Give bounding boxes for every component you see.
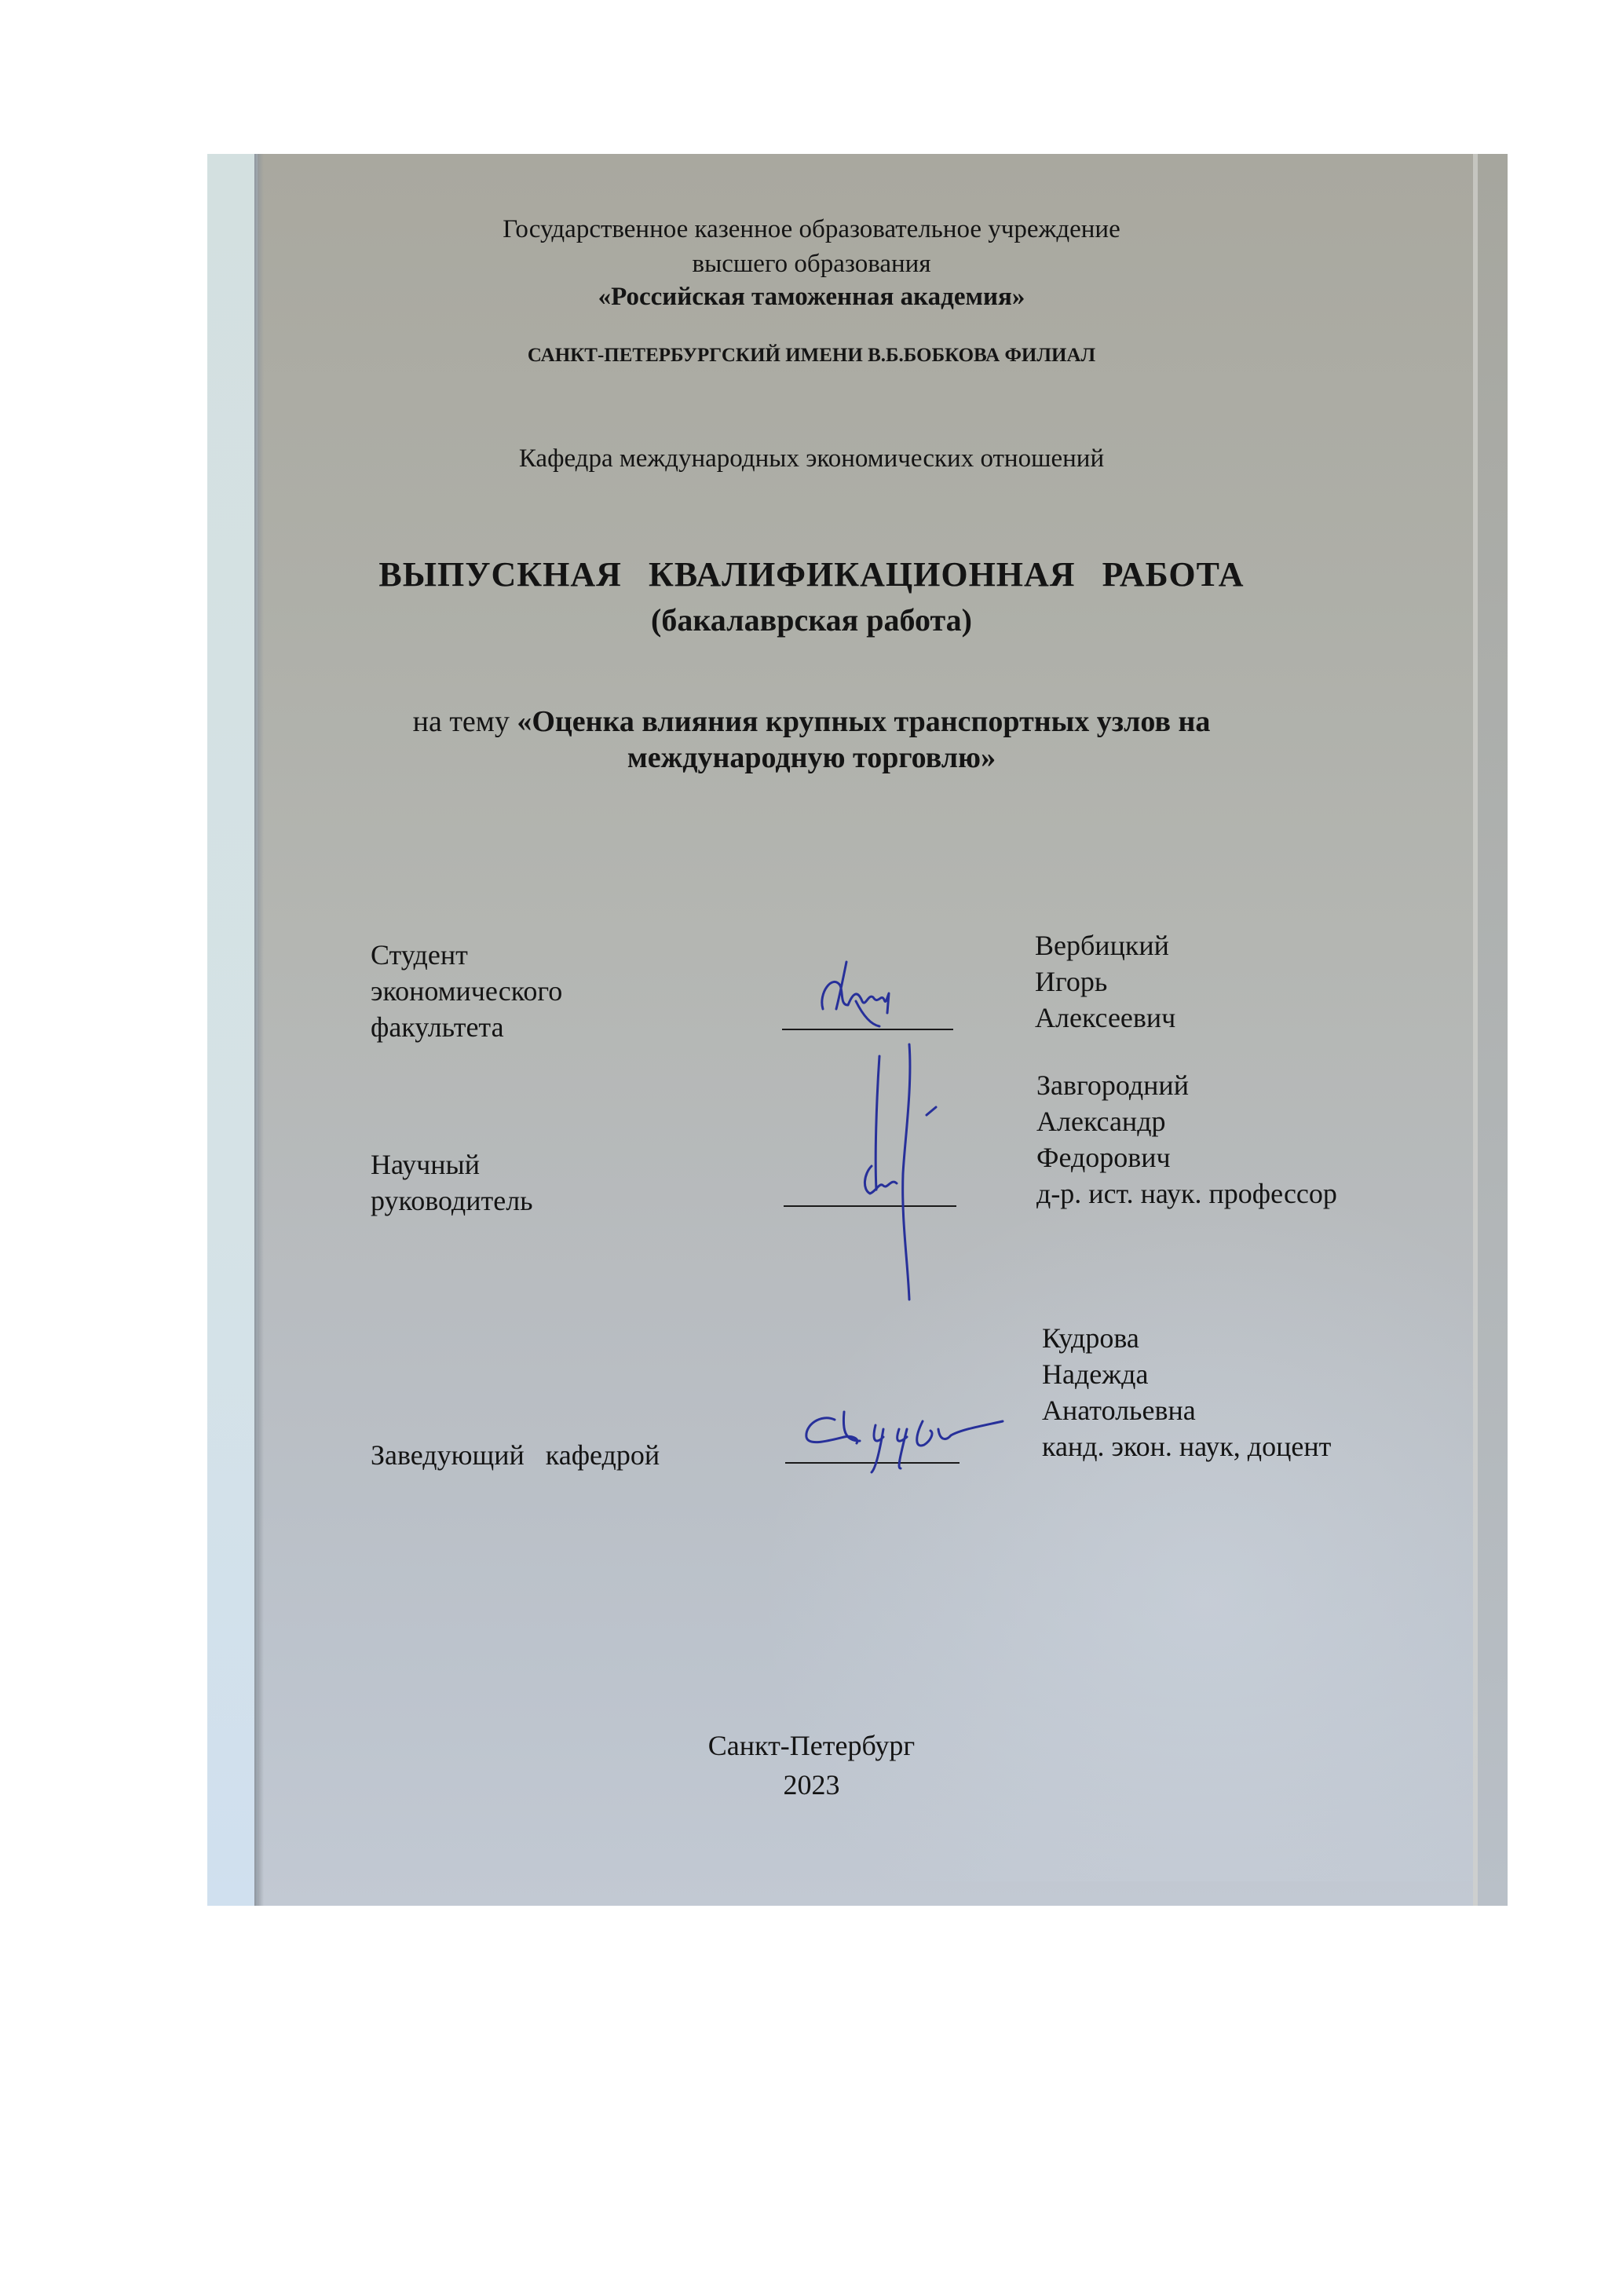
supervisor-patronymic: Федорович [1036,1143,1171,1172]
supervisor-signature [848,1040,942,1300]
student-patronymic: Алексеевич [1035,1004,1175,1032]
head-signature [797,1406,1009,1484]
background-edge [207,154,258,1906]
branch-name: САНКТ-ПЕТЕРБУРГСКИЙ ИМЕНИ В.Б.БОБКОВА ФИ… [0,345,1623,365]
year: 2023 [0,1771,1623,1799]
supervisor-degree: д-р. ист. наук. профессор [1036,1179,1337,1208]
document-subtitle: (бакалаврская работа) [0,605,1623,636]
page-edge-shadow [254,154,264,1906]
topic-line-2: международную торговлю» [0,743,1623,773]
city: Санкт-Петербург [0,1731,1623,1760]
student-surname: Вербицкий [1035,931,1169,960]
supervisor-role-line-1: Научный [371,1150,480,1179]
head-degree: канд. экон. наук, доцент [1042,1432,1331,1461]
student-signature [817,962,934,1033]
head-first-name: Надежда [1042,1360,1148,1388]
supervisor-first-name: Александр [1036,1107,1166,1135]
topic-title-part-1: «Оценка влияния крупных транспортных узл… [517,705,1210,738]
institution-line-2: высшего образования [0,251,1623,277]
topic-line-1: на тему «Оценка влияния крупных транспор… [0,707,1623,737]
student-role-line-1: Студент [371,941,468,969]
institution-line-1: Государственное казенное образовательное… [0,217,1623,243]
head-surname: Кудрова [1042,1324,1139,1352]
student-role-line-2: экономического [371,977,562,1005]
student-role-line-3: факультета [371,1013,504,1041]
head-role: Заведующий кафедрой [371,1441,660,1469]
supervisor-surname: Завгородний [1036,1071,1189,1099]
document-title: ВЫПУСКНАЯ КВАЛИФИКАЦИОННАЯ РАБОТА [0,558,1623,592]
page-fold-strip [1478,154,1508,1906]
department-name: Кафедра международных экономических отно… [0,446,1623,472]
head-patronymic: Анатольевна [1042,1396,1196,1424]
topic-prefix: на тему [413,705,517,738]
supervisor-role-line-2: руководитель [371,1186,533,1215]
student-first-name: Игорь [1035,967,1107,996]
academy-name: «Российская таможенная академия» [0,284,1623,310]
